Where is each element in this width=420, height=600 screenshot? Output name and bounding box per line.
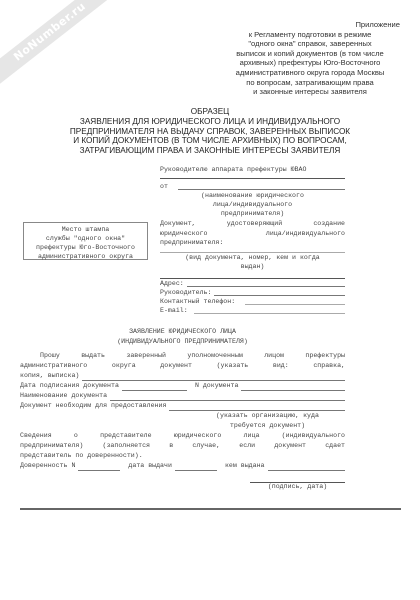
text-line: юридического лица/индивидуального bbox=[160, 229, 345, 239]
stamp-box: Место штампа службы "одного окна" префек… bbox=[23, 222, 148, 260]
text-line: Прошу выдать заверенный уполномоченным л… bbox=[20, 351, 345, 361]
doc-name-field[interactable]: Наименование документа bbox=[20, 391, 345, 401]
text-line: административного округа документ (указа… bbox=[20, 361, 345, 371]
text-line: Сведения о представителе юридического ли… bbox=[20, 431, 345, 441]
poa-issuer-input-line[interactable] bbox=[268, 463, 345, 471]
doc-type-field[interactable]: копия, выписка) bbox=[20, 371, 345, 381]
appendix-line: "одного окна" справок, заверенных bbox=[160, 39, 400, 49]
stamp-line: службы "одного окна" bbox=[24, 234, 147, 243]
doc-number-input-line[interactable] bbox=[241, 383, 345, 391]
address-field[interactable]: Адрес: bbox=[160, 279, 345, 287]
heading-line: ЗАЯВЛЕНИЕ ЮРИДИЧЕСКОГО ЛИЦА bbox=[20, 327, 345, 337]
founding-doc-label: Документ, удостоверяющий создание юридич… bbox=[160, 219, 345, 248]
phone-field[interactable]: Контактный телефон: bbox=[160, 297, 345, 305]
appendix-line: по вопросам, затрагивающим права bbox=[160, 78, 400, 88]
title-line: ПРЕДПРИНИМАТЕЛЯ НА ВЫДАЧУ СПРАВОК, ЗАВЕР… bbox=[20, 127, 400, 137]
statement-heading: ЗАЯВЛЕНИЕ ЮРИДИЧЕСКОГО ЛИЦА (ИНДИВИДУАЛЬ… bbox=[20, 327, 345, 346]
title-line: ЗАТРАГИВАЮЩИМ ПРАВА И ЗАКОННЫЕ ИНТЕРЕСЫ … bbox=[20, 146, 400, 156]
title-line: ОБРАЗЕЦ bbox=[20, 107, 400, 117]
text-line: Документ, удостоверяющий создание bbox=[160, 219, 345, 229]
appendix-line: и законные интересы заявителя bbox=[160, 87, 400, 97]
doc-type-input-line[interactable] bbox=[82, 373, 345, 381]
needed-for-field[interactable]: Документ необходим для предоставления bbox=[20, 401, 345, 411]
power-of-attorney-field[interactable]: Доверенность N дата выдачи кем выдана bbox=[20, 461, 345, 471]
addressee-to: Руководителю аппарата префектуры ЮВАО bbox=[160, 166, 345, 173]
from-label: от bbox=[160, 183, 168, 190]
appendix-note: Приложение к Регламенту подготовки в реж… bbox=[160, 20, 400, 97]
appendix-line: административного округа города Москвы bbox=[160, 68, 400, 78]
appendix-line: к Регламенту подготовки в режиме bbox=[160, 30, 400, 40]
heading-line: (ИНДИВИДУАЛЬНОГО ПРЕДПРИНИМАТЕЛЯ) bbox=[20, 337, 345, 347]
email-label: E-mail: bbox=[160, 307, 188, 314]
phone-label: Контактный телефон: bbox=[160, 298, 235, 305]
appendix-line: выписок и копий документов (в том числе bbox=[160, 49, 400, 59]
appendix-line: Приложение bbox=[160, 20, 400, 30]
hint-line: выдан) bbox=[160, 262, 345, 271]
sign-date-input-line[interactable] bbox=[122, 383, 187, 391]
sign-date-field[interactable]: Дата подписания документа N документа bbox=[20, 381, 345, 391]
appendix-line: архивных) префектуры Юго-Восточного bbox=[160, 58, 400, 68]
from-input-line[interactable] bbox=[178, 182, 345, 190]
title-line: И КОПИЙ ДОКУМЕНТОВ (В ТОМ ЧИСЛЕ АРХИВНЫХ… bbox=[20, 136, 400, 146]
hint-line: требуется документ) bbox=[190, 421, 345, 431]
doc-type-label: копия, выписка) bbox=[20, 371, 79, 381]
from-field[interactable]: от bbox=[160, 182, 345, 190]
poa-number-input-line[interactable] bbox=[78, 463, 120, 471]
address-input-line[interactable] bbox=[187, 279, 345, 287]
text-line: представитель по доверенности). bbox=[20, 451, 345, 461]
statement-body: Прошу выдать заверенный уполномоченным л… bbox=[20, 351, 345, 471]
needed-for-hint: (указать организацию, куда требуется док… bbox=[20, 411, 345, 431]
hint-line: лица/индивидуального bbox=[160, 200, 345, 209]
needed-for-label: Документ необходим для предоставления bbox=[20, 401, 166, 411]
poa-date-input-line[interactable] bbox=[175, 463, 217, 471]
sign-date-label: Дата подписания документа bbox=[20, 381, 119, 391]
hint-line: (указать организацию, куда bbox=[190, 411, 345, 421]
poa-issuer-label: кем выдана bbox=[225, 461, 265, 471]
doc-number-label: N документа bbox=[195, 381, 239, 391]
head-label: Руководитель: bbox=[160, 289, 211, 296]
poa-number-label: Доверенность N bbox=[20, 461, 75, 471]
stamp-line: Место штампа bbox=[24, 225, 147, 234]
email-input-line[interactable] bbox=[194, 306, 345, 314]
addressee-blank-line[interactable] bbox=[160, 177, 345, 179]
address-label: Адрес: bbox=[160, 280, 184, 287]
document-title: ОБРАЗЕЦ ЗАЯВЛЕНИЯ ДЛЯ ЮРИДИЧЕСКОГО ЛИЦА … bbox=[20, 107, 400, 156]
hint-line: (наименование юридического bbox=[160, 191, 345, 200]
stamp-line: административного округа bbox=[24, 252, 147, 261]
founding-doc-hint: (вид документа, номер, кем и когда выдан… bbox=[160, 253, 345, 271]
phone-input-line[interactable] bbox=[245, 297, 345, 305]
email-field[interactable]: E-mail: bbox=[160, 306, 345, 314]
doc-name-input-line[interactable] bbox=[110, 393, 345, 401]
hint-line: предпринимателя) bbox=[160, 209, 345, 218]
watermark: NoNumber.ru bbox=[0, 0, 127, 95]
stamp-line: префектуры Юго-Восточного bbox=[24, 243, 147, 252]
signature-hint: (подпись, дата) bbox=[250, 483, 345, 490]
title-line: ЗАЯВЛЕНИЯ ДЛЯ ЮРИДИЧЕСКОГО ЛИЦА И ИНДИВИ… bbox=[20, 117, 400, 127]
poa-date-label: дата выдачи bbox=[128, 461, 172, 471]
doc-name-label: Наименование документа bbox=[20, 391, 107, 401]
head-field[interactable]: Руководитель: bbox=[160, 288, 345, 296]
page-separator bbox=[20, 508, 401, 510]
name-hint: (наименование юридического лица/индивиду… bbox=[160, 191, 345, 218]
hint-line: (вид документа, номер, кем и когда bbox=[160, 253, 345, 262]
needed-for-input-line[interactable] bbox=[169, 403, 345, 411]
text-line: предпринимателя) (заполняется в случае, … bbox=[20, 441, 345, 451]
text-line: предпринимателя: bbox=[160, 238, 345, 248]
head-input-line[interactable] bbox=[214, 288, 345, 296]
